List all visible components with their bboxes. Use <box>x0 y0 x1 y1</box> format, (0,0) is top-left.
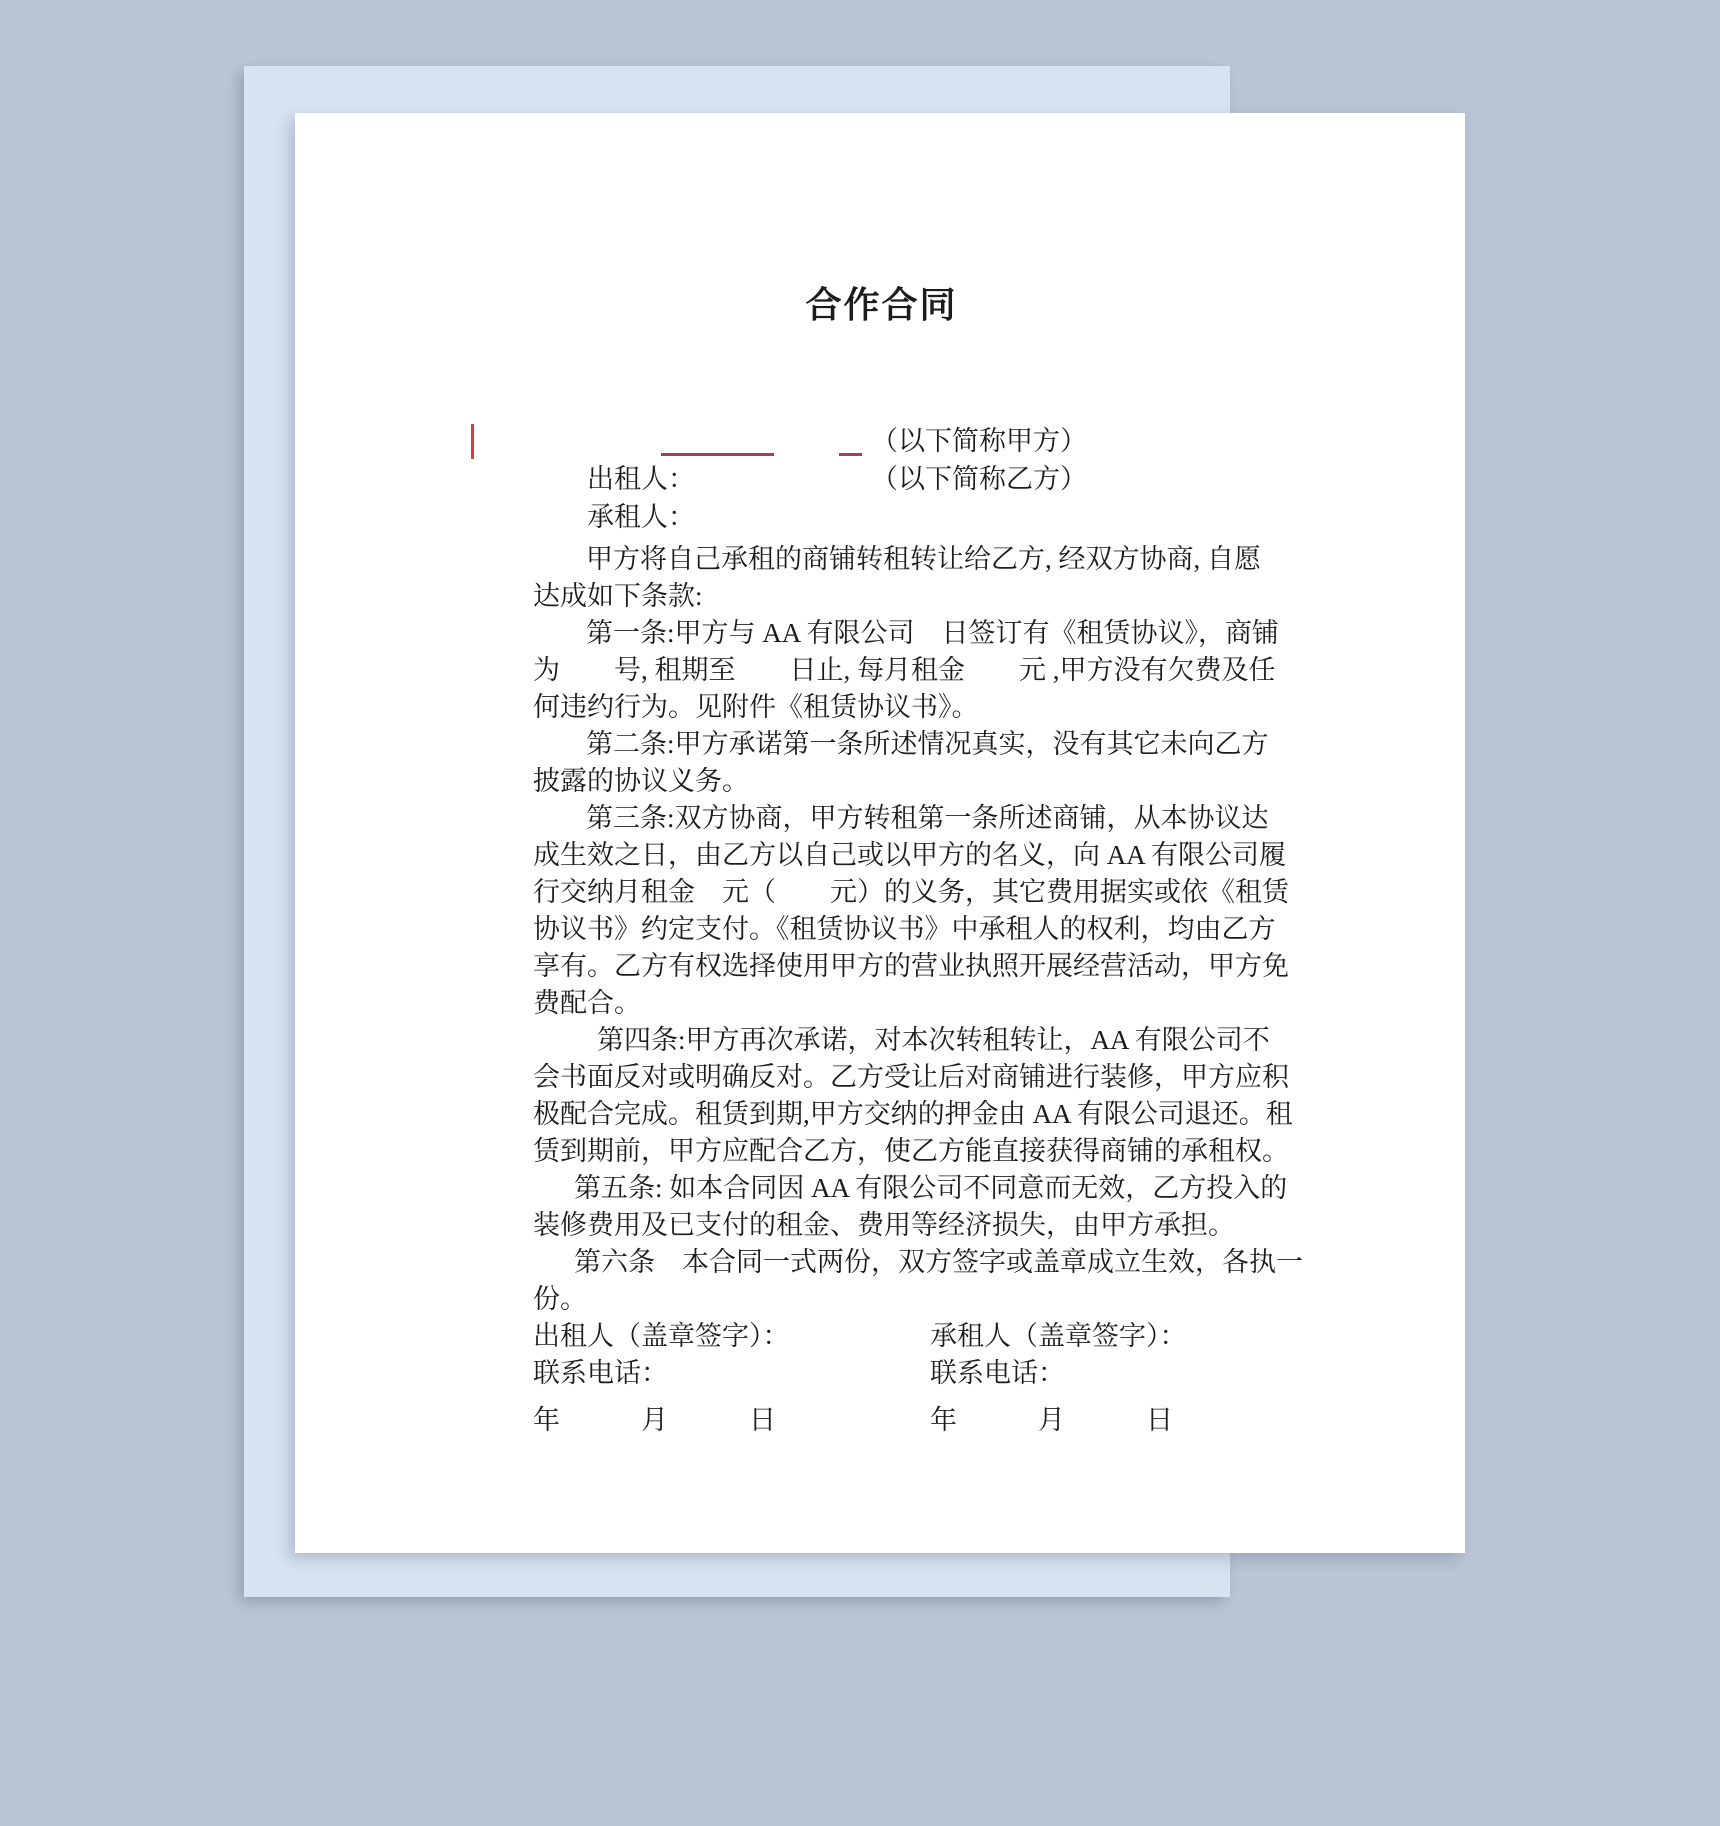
body-line: 赁到期前，甲方应配合乙方，使乙方能直接获得商铺的承租权。 <box>533 1133 1230 1170</box>
signature-column-lessee: 承租人（盖章签字）： 联系电话： 年 月 日 <box>930 1318 1230 1439</box>
body-line: 第五条: 如本合同因 AA 有限公司不同意而无效，乙方投入的 <box>533 1170 1230 1207</box>
body-line: 为 号, 租期至 日止, 每月租金 元 ,甲方没有欠费及任 <box>533 652 1230 689</box>
body-line: 极配合完成。租赁到期,甲方交纳的押金由 AA 有限公司退还。租 <box>533 1096 1230 1133</box>
party-suffix: （以下简称乙方） <box>871 460 1087 498</box>
body-line: 披露的协议义务。 <box>533 763 1230 800</box>
signature-title: 承租人（盖章签字）： <box>930 1318 1230 1355</box>
body-line: 费配合。 <box>533 985 1230 1022</box>
body-line: 协议书》约定支付。《租赁协议书》中承租人的权利，均由乙方 <box>533 911 1230 948</box>
signature-date: 年 月 日 <box>533 1402 930 1439</box>
body-line: 行交纳月租金 元（ 元）的义务，其它费用据实或依《租赁 <box>533 874 1230 911</box>
party-row-lessee: 承租人： （以下简称乙方） <box>533 460 1230 498</box>
signature-column-lessor: 出租人（盖章签字）： 联系电话： 年 月 日 <box>533 1318 930 1439</box>
body-line: 第二条:甲方承诺第一条所述情况真实，没有其它未向乙方 <box>533 726 1230 763</box>
body-line: 达成如下条款: <box>533 578 1230 615</box>
desktop-background: 合作合同 出租人： （以下简称甲方） 承租人： （以下简称乙方） 甲方将自己承租… <box>0 0 1720 1826</box>
party-suffix: （以下简称甲方） <box>871 422 1087 460</box>
document-page: 合作合同 出租人： （以下简称甲方） 承租人： （以下简称乙方） 甲方将自己承租… <box>295 113 1465 1553</box>
body-line: 装修费用及已支付的租金、费用等经济损失，由甲方承担。 <box>533 1207 1230 1244</box>
body-line: 第六条 本合同一式两份，双方签字或盖章成立生效，各执一 <box>533 1244 1230 1281</box>
signature-phone: 联系电话： <box>930 1355 1230 1392</box>
signature-title: 出租人（盖章签字）： <box>533 1318 930 1355</box>
body-line: 甲方将自己承租的商铺转租转让给乙方, 经双方协商, 自愿 <box>533 541 1230 578</box>
body-line: 会书面反对或明确反对。乙方受让后对商铺进行装修，甲方应积 <box>533 1059 1230 1096</box>
body-line: 何违约行为。见附件《租赁协议书》。 <box>533 689 1230 726</box>
body-line: 第三条:双方协商，甲方转租第一条所述商铺，从本协议达 <box>533 800 1230 837</box>
document-title: 合作合同 <box>533 283 1230 327</box>
party-label: 承租人： <box>587 502 695 532</box>
body-line: 享有。乙方有权选择使用甲方的营业执照开展经营活动，甲方免 <box>533 948 1230 985</box>
body-line: 第四条:甲方再次承诺，对本次转租转让，AA 有限公司不 <box>533 1022 1230 1059</box>
signature-section: 出租人（盖章签字）： 联系电话： 年 月 日 承租人（盖章签字）： 联系电话： … <box>533 1318 1230 1439</box>
revision-mark <box>471 424 474 459</box>
contract-body: 甲方将自己承租的商铺转租转让给乙方, 经双方协商, 自愿 达成如下条款: 第一条… <box>533 541 1230 1318</box>
body-line: 份。 <box>533 1281 1230 1318</box>
signature-date: 年 月 日 <box>930 1402 1230 1439</box>
signature-phone: 联系电话： <box>533 1355 930 1392</box>
body-line: 第一条:甲方与 AA 有限公司 日签订有《租赁协议》，商铺 <box>533 615 1230 652</box>
fill-in-underline-short <box>839 453 862 456</box>
party-row-lessor: 出租人： （以下简称甲方） <box>533 422 1230 460</box>
fill-in-underline-long <box>661 453 774 456</box>
party-block: 出租人： （以下简称甲方） 承租人： （以下简称乙方） <box>533 422 1230 498</box>
body-line: 成生效之日，由乙方以自己或以甲方的名义，向 AA 有限公司履 <box>533 837 1230 874</box>
